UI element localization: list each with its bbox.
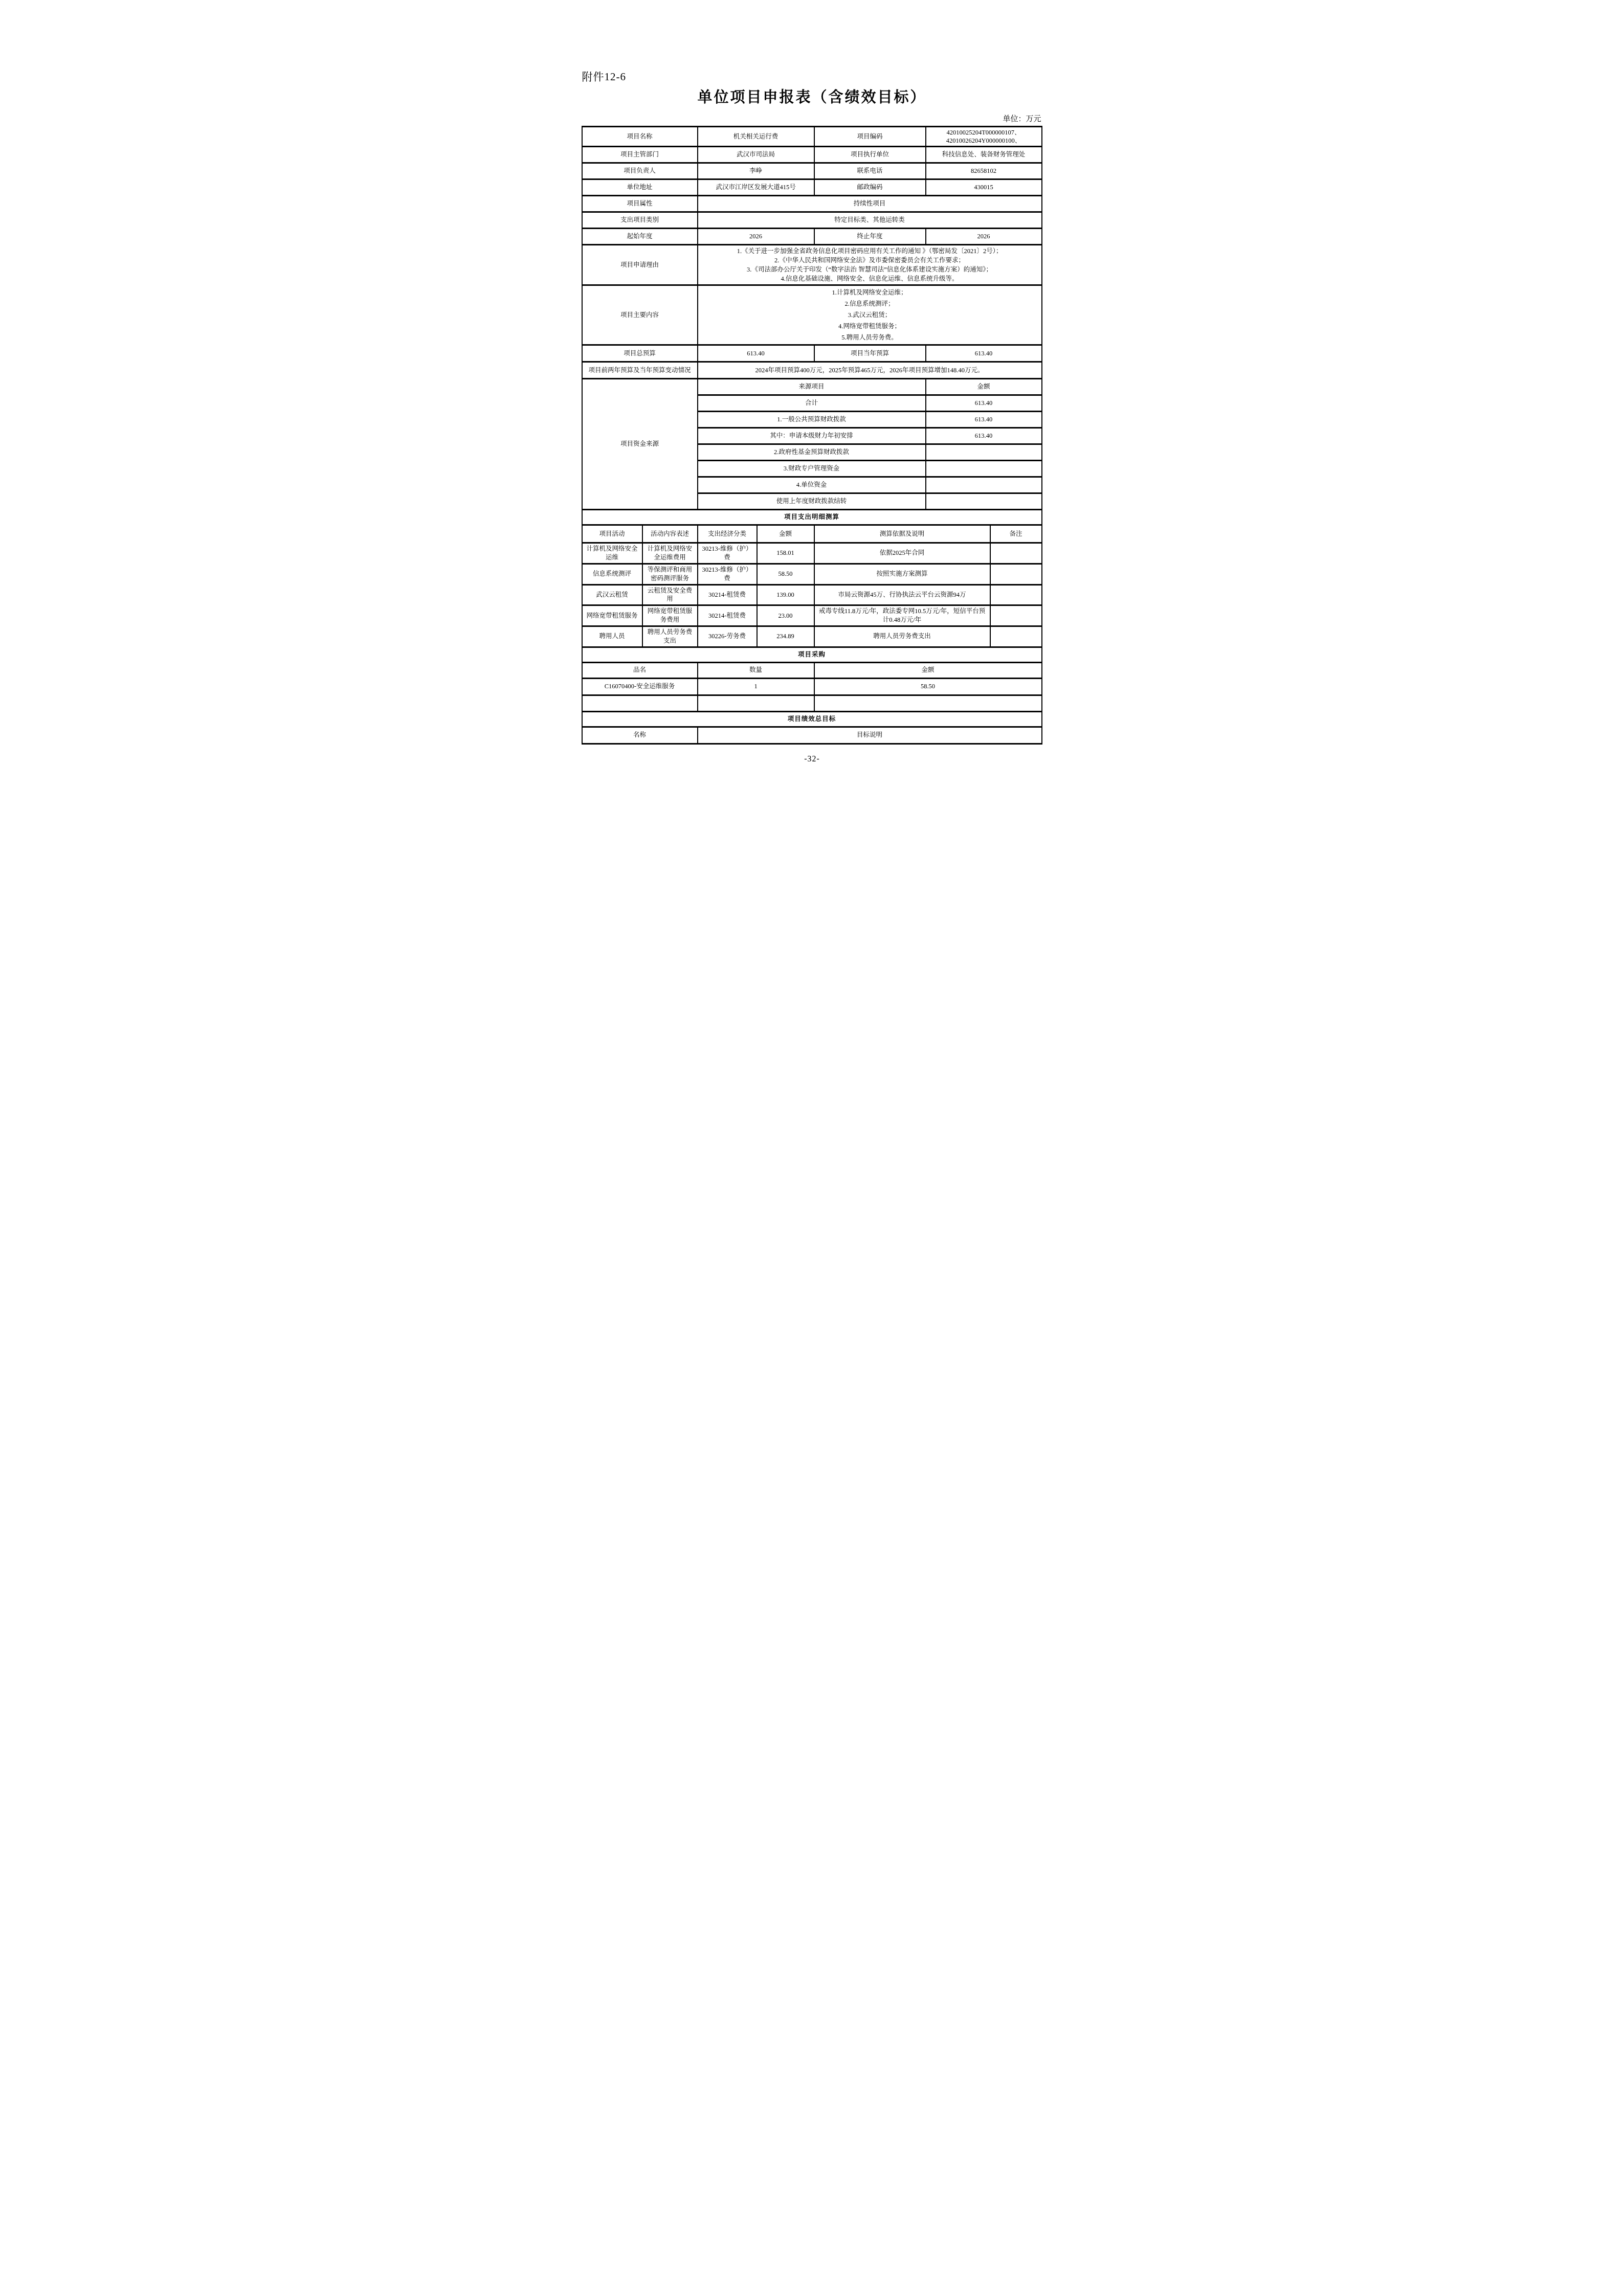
expenditure-row-4: 网络宽带租赁服务 网络宽带租赁服务费用 30214-租赁费 23.00 戒毒专线… — [582, 605, 1042, 626]
expenditure-row-3: 武汉云租赁 云租赁及安全费用 30214-租赁费 139.00 市局云资源45万… — [582, 584, 1042, 605]
year-budget-value: 613.40 — [926, 345, 1042, 362]
row-years: 起始年度 2026 终止年度 2026 — [582, 229, 1042, 245]
funding-source-special: 3.财政专户管理资金 — [698, 461, 926, 477]
end-year-label: 终止年度 — [814, 229, 926, 245]
procurement-amount: 58.50 — [814, 678, 1042, 695]
procurement-item: C16070400-安全运维服务 — [582, 678, 698, 695]
project-code-line2: 42010026204Y000000100、 — [929, 137, 1039, 145]
address-label: 单位地址 — [582, 179, 698, 196]
expenditure-amount: 158.01 — [757, 543, 814, 564]
expenditure-econ-class: 30213-维修（护）费 — [698, 564, 757, 584]
reason-line-2: 2.《中华人民共和国网络安全法》及市委保密委员会有关工作要求； — [701, 256, 1039, 265]
procurement-section-title: 项目采购 — [582, 647, 1042, 662]
expenditure-remarks — [990, 605, 1042, 626]
procurement-qty — [698, 695, 814, 711]
col-header-remarks: 备注 — [990, 525, 1042, 543]
funding-source-initial: 其中：申请本级财力年初安排 — [698, 428, 926, 444]
funding-label: 项目资金来源 — [582, 379, 698, 510]
attachment-label: 附件12-6 — [582, 0, 1094, 84]
project-code-label: 项目编码 — [814, 127, 926, 147]
phone-value: 82658102 — [926, 163, 1042, 179]
expenditure-activity-desc: 计算机及网络安全运维费用 — [642, 543, 698, 564]
expenditure-basis: 市局云资源45万、行协执法云平台云资源94万 — [814, 584, 990, 605]
expenditure-basis: 按照实施方案测算 — [814, 564, 990, 584]
reason-label: 项目申请理由 — [582, 245, 698, 285]
dept-label: 项目主管部门 — [582, 147, 698, 163]
row-category: 支出项目类别 特定目标类、其他运转类 — [582, 212, 1042, 229]
document-page: 附件12-6 单位项目申报表（含绩效目标） 单位：万元 项目名称 机关相关运行费… — [531, 0, 1094, 796]
project-code-line1: 42010025204T000000107、 — [929, 128, 1039, 137]
row-attribute: 项目属性 持续性项目 — [582, 196, 1042, 212]
content-line-1: 1.计算机及网络安全运维； — [701, 287, 1039, 298]
expenditure-activity: 计算机及网络安全运维 — [582, 543, 642, 564]
funding-amount-carryover — [926, 493, 1042, 510]
content-line-5: 5.聘用人员劳务费。 — [701, 332, 1039, 343]
performance-desc-label: 目标说明 — [698, 727, 1042, 744]
funding-amount-general: 613.40 — [926, 412, 1042, 428]
page-number: -32- — [531, 755, 1094, 764]
total-budget-value: 613.40 — [698, 345, 814, 362]
expenditure-econ-class: 30213-维修（护）费 — [698, 543, 757, 564]
procurement-row-1: C16070400-安全运维服务 1 58.50 — [582, 678, 1042, 695]
content-label: 项目主要内容 — [582, 285, 698, 345]
expenditure-activity-desc: 云租赁及安全费用 — [642, 584, 698, 605]
expenditure-amount: 139.00 — [757, 584, 814, 605]
project-name-value: 机关相关运行费 — [698, 127, 814, 147]
attribute-label: 项目属性 — [582, 196, 698, 212]
expenditure-activity-desc: 聘用人员劳务费支出 — [642, 626, 698, 647]
expenditure-section-title: 项目支出明细测算 — [582, 510, 1042, 525]
exec-unit-value: 科技信息处、装备财务管理处 — [926, 147, 1042, 163]
expenditure-row-1: 计算机及网络安全运维 计算机及网络安全运维费用 30213-维修（护）费 158… — [582, 543, 1042, 564]
expenditure-remarks — [990, 564, 1042, 584]
row-expenditure-headers: 项目活动 活动内容表述 支出经济分类 金额 测算依据及说明 备注 — [582, 525, 1042, 543]
year-budget-label: 项目当年预算 — [814, 345, 926, 362]
row-departments: 项目主管部门 武汉市司法局 项目执行单位 科技信息处、装备财务管理处 — [582, 147, 1042, 163]
start-year-value: 2026 — [698, 229, 814, 245]
funding-amount-header: 金额 — [926, 379, 1042, 395]
postcode-label: 邮政编码 — [814, 179, 926, 196]
funding-source-header: 来源项目 — [698, 379, 926, 395]
row-funding-header: 项目资金来源 来源项目 金额 — [582, 379, 1042, 395]
leader-value: 李峥 — [698, 163, 814, 179]
procurement-row-2 — [582, 695, 1042, 711]
procurement-header-qty: 数量 — [698, 662, 814, 678]
col-header-econ-class: 支出经济分类 — [698, 525, 757, 543]
performance-section-title: 项目绩效总目标 — [582, 711, 1042, 727]
expenditure-basis: 聘用人员劳务费支出 — [814, 626, 990, 647]
project-name-label: 项目名称 — [582, 127, 698, 147]
expenditure-basis: 依据2025年合同 — [814, 543, 990, 564]
expenditure-amount: 234.89 — [757, 626, 814, 647]
leader-label: 项目负责人 — [582, 163, 698, 179]
prev-budget-label: 项目前两年预算及当年预算变动情况 — [582, 362, 698, 379]
end-year-value: 2026 — [926, 229, 1042, 245]
reason-line-3: 3.《司法部办公厅关于印发（“数字法治 智慧司法”信息化体系建设实施方案）的通知… — [701, 265, 1039, 274]
procurement-amount — [814, 695, 1042, 711]
row-expenditure-section: 项目支出明细测算 — [582, 510, 1042, 525]
funding-amount-initial: 613.40 — [926, 428, 1042, 444]
category-value: 特定目标类、其他运转类 — [698, 212, 1042, 229]
col-header-activity: 项目活动 — [582, 525, 642, 543]
postcode-value: 430015 — [926, 179, 1042, 196]
funding-source-govfund: 2.政府性基金预算财政拨款 — [698, 444, 926, 461]
reason-value: 1.《关于进一步加强全省政务信息化项目密码应用有关工作的通知 》（鄂密局发〔20… — [698, 245, 1042, 285]
expenditure-amount: 58.50 — [757, 564, 814, 584]
content-line-2: 2.信息系统测评； — [701, 298, 1039, 309]
col-header-activity-desc: 活动内容表述 — [642, 525, 698, 543]
funding-amount-unit — [926, 477, 1042, 493]
content-line-3: 3.武汉云租赁； — [701, 309, 1039, 321]
procurement-header-item: 品名 — [582, 662, 698, 678]
expenditure-basis: 戒毒专线11.8万元/年，政法委专网10.5万元/年，短信平台预计0.48万元/… — [814, 605, 990, 626]
category-label: 支出项目类别 — [582, 212, 698, 229]
project-code-value: 42010025204T000000107、 42010026204Y00000… — [926, 127, 1042, 147]
procurement-item — [582, 695, 698, 711]
row-main-content: 项目主要内容 1.计算机及网络安全运维； 2.信息系统测评； 3.武汉云租赁； … — [582, 285, 1042, 345]
expenditure-row-5: 聘用人员 聘用人员劳务费支出 30226-劳务费 234.89 聘用人员劳务费支… — [582, 626, 1042, 647]
total-budget-label: 项目总预算 — [582, 345, 698, 362]
col-header-amount: 金额 — [757, 525, 814, 543]
expenditure-activity: 武汉云租赁 — [582, 584, 642, 605]
expenditure-remarks — [990, 626, 1042, 647]
expenditure-activity: 网络宽带租赁服务 — [582, 605, 642, 626]
expenditure-econ-class: 30226-劳务费 — [698, 626, 757, 647]
reason-line-4: 4.信息化基础设施、网络安全、信息化运维、信息系统升级等。 — [701, 274, 1039, 283]
dept-value: 武汉市司法局 — [698, 147, 814, 163]
phone-label: 联系电话 — [814, 163, 926, 179]
funding-amount-govfund — [926, 444, 1042, 461]
funding-amount-total: 613.40 — [926, 395, 1042, 412]
row-procurement-section: 项目采购 — [582, 647, 1042, 662]
start-year-label: 起始年度 — [582, 229, 698, 245]
row-project-name: 项目名称 机关相关运行费 项目编码 42010025204T000000107、… — [582, 127, 1042, 147]
content-line-4: 4.网络宽带租赁服务； — [701, 321, 1039, 332]
expenditure-activity: 聘用人员 — [582, 626, 642, 647]
performance-name-label: 名称 — [582, 727, 698, 744]
funding-amount-special — [926, 461, 1042, 477]
row-budget: 项目总预算 613.40 项目当年预算 613.40 — [582, 345, 1042, 362]
expenditure-activity-desc: 网络宽带租赁服务费用 — [642, 605, 698, 626]
expenditure-activity: 信息系统测评 — [582, 564, 642, 584]
procurement-qty: 1 — [698, 678, 814, 695]
row-address: 单位地址 武汉市江岸区发展大道415号 邮政编码 430015 — [582, 179, 1042, 196]
funding-source-total: 合计 — [698, 395, 926, 412]
address-value: 武汉市江岸区发展大道415号 — [698, 179, 814, 196]
unit-note: 单位：万元 — [582, 113, 1041, 124]
page-title: 单位项目申报表（含绩效目标） — [531, 86, 1094, 107]
funding-source-unit: 4.单位资金 — [698, 477, 926, 493]
procurement-header-amount: 金额 — [814, 662, 1042, 678]
prev-budget-value: 2024年项目预算400万元，2025年预算465万元，2026年项目预算增加1… — [698, 362, 1042, 379]
col-header-basis: 测算依据及说明 — [814, 525, 990, 543]
expenditure-activity-desc: 等保测评和商用密码测评服务 — [642, 564, 698, 584]
reason-line-1: 1.《关于进一步加强全省政务信息化项目密码应用有关工作的通知 》（鄂密局发〔20… — [701, 246, 1039, 256]
row-leader: 项目负责人 李峥 联系电话 82658102 — [582, 163, 1042, 179]
expenditure-econ-class: 30214-租赁费 — [698, 584, 757, 605]
row-performance-section: 项目绩效总目标 — [582, 711, 1042, 727]
row-procurement-headers: 品名 数量 金额 — [582, 662, 1042, 678]
expenditure-econ-class: 30214-租赁费 — [698, 605, 757, 626]
expenditure-remarks — [990, 584, 1042, 605]
row-performance-headers: 名称 目标说明 — [582, 727, 1042, 744]
content-value: 1.计算机及网络安全运维； 2.信息系统测评； 3.武汉云租赁； 4.网络宽带租… — [698, 285, 1042, 345]
row-application-reason: 项目申请理由 1.《关于进一步加强全省政务信息化项目密码应用有关工作的通知 》（… — [582, 245, 1042, 285]
expenditure-remarks — [990, 543, 1042, 564]
attribute-value: 持续性项目 — [698, 196, 1042, 212]
exec-unit-label: 项目执行单位 — [814, 147, 926, 163]
expenditure-amount: 23.00 — [757, 605, 814, 626]
funding-source-carryover: 使用上年度财政拨款结转 — [698, 493, 926, 510]
funding-source-general: 1.一般公共预算财政拨款 — [698, 412, 926, 428]
application-form-table: 项目名称 机关相关运行费 项目编码 42010025204T000000107、… — [582, 126, 1042, 745]
expenditure-row-2: 信息系统测评 等保测评和商用密码测评服务 30213-维修（护）费 58.50 … — [582, 564, 1042, 584]
row-prev-budget: 项目前两年预算及当年预算变动情况 2024年项目预算400万元，2025年预算4… — [582, 362, 1042, 379]
